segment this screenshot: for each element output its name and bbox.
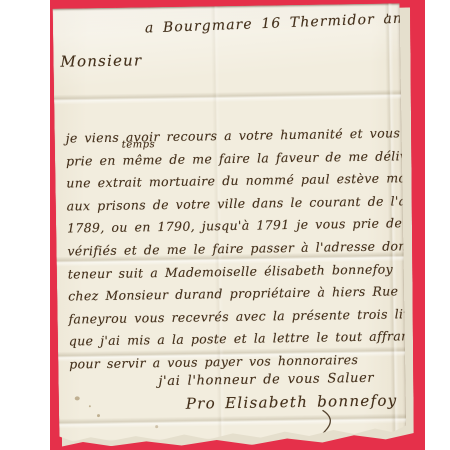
letter-closing: j'ai l'honneur de vous Saluer [158, 371, 374, 389]
stray-ink-mark: ' [386, 11, 390, 25]
paper-stain-spot [75, 396, 80, 400]
letter-body: je viens avoir recours a votre humanité … [65, 122, 401, 376]
body-line-2-text: prie en même de me faire la faveur de me… [66, 147, 425, 168]
fold-crease-horizontal-1 [54, 89, 401, 104]
interline-insert-word: temps [122, 140, 156, 151]
paper-stain-spot [155, 425, 158, 428]
paper-stain-spot [89, 405, 91, 407]
letter-dateline: a Bourgmare 16 Thermidor an 13 [145, 10, 425, 37]
letter-paper: a Bourgmare 16 Thermidor an 13 ' Monsieu… [53, 3, 407, 441]
letter-photo-red-background: a Bourgmare 16 Thermidor an 13 ' Monsieu… [50, 0, 425, 450]
photo-canvas: a Bourgmare 16 Thermidor an 13 ' Monsieu… [0, 0, 450, 450]
paper-stain-spot [97, 414, 100, 417]
fold-crease-horizontal-4 [59, 413, 406, 428]
letter-salutation: Monsieur [60, 51, 142, 70]
